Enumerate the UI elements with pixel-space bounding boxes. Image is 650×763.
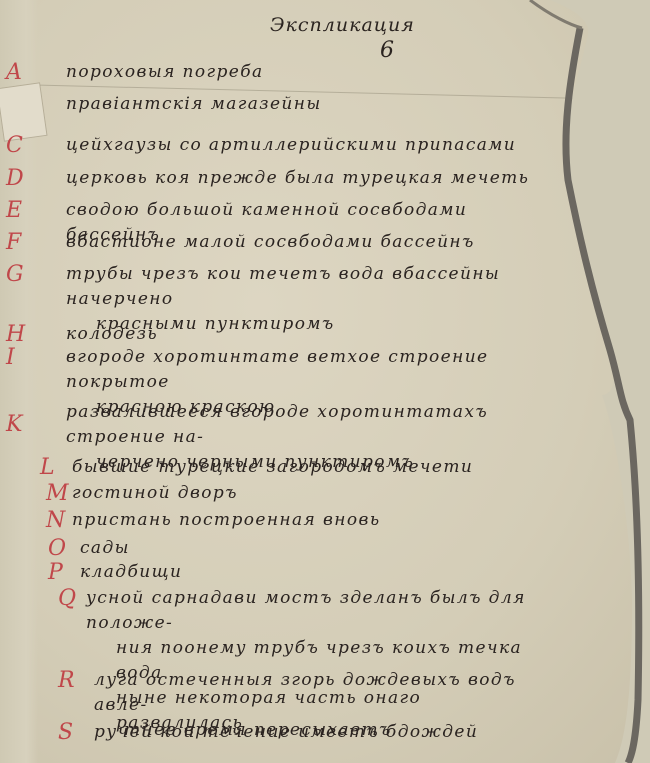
entry-marker: K [6,412,34,437]
entry-marker: L [40,455,68,480]
entry-text: кладбищи [80,560,560,585]
entry-marker: P [48,560,76,585]
entry-text: пороховыя погреба [66,60,560,85]
entry-marker: I [6,345,34,370]
entry-marker: A [6,60,34,85]
entry-line-1: луга остеченныя згорь дождевыхъ водъ авл… [94,670,516,715]
entry-text: цейхгаузы со артиллерийскими припасами [66,133,560,158]
entry-text: сады [80,536,560,561]
page-title: Экспликация [270,14,415,36]
entry-text: правіантскія магазейны [66,92,560,117]
entry-line-1: усной сарнадави мостъ зделанъ былъ для п… [86,588,526,633]
entry-line-1: вгороде хоротинтате ветхое строение покр… [66,347,489,392]
entry-marker: F [6,230,34,255]
entry-text: церковь коя прежде была турецкая мечеть [66,166,560,191]
entry-text: пристань построенная вновь [72,508,560,533]
entry-marker: G [6,262,34,287]
entry-marker: Q [58,586,86,611]
entry-text: вбастионе малой сосвбодами бассейнъ [66,230,560,255]
entry-marker: E [6,198,34,223]
entry-marker: R [58,668,86,693]
entry-text: колодезь [66,322,560,347]
entry-text: гостиной дворъ [72,481,560,506]
entry-marker: S [58,720,86,745]
entry-text: бывшие турецкие загородомъ мечети [72,455,560,480]
entry-text: ручей кои течение имеетъ бдождей [94,720,560,745]
entry-marker: C [6,133,34,158]
entry-line-1: трубы чрезъ кои течетъ вода вбассейны на… [66,264,500,309]
entry-marker: D [6,166,34,191]
entry-marker: M [46,481,74,506]
entry-marker: O [48,536,76,561]
entry-marker: N [46,508,74,533]
entry-marker: H [6,322,34,347]
entry-line-1: развалившееся вгороде хоротинтатахъ стро… [66,402,488,447]
